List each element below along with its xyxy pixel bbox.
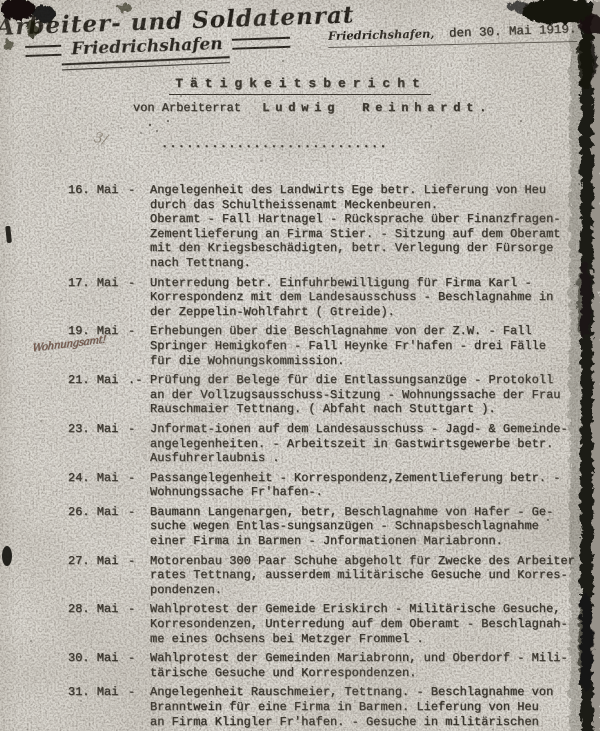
entry-text-line: pondenzen. [150,583,580,598]
entry-text-line: suche wegen Entlas-sungsanzügen - Schnap… [150,519,580,534]
document-text-layer: Arbeiter- und Soldatenrat Friedrichshafe… [0,0,600,731]
entry-text-line: Wahlprotest der Gemeinden Mariabronn, un… [150,651,580,666]
entry-text-line: Angelegenheit des Landwirts Ege betr. Li… [150,183,580,198]
entry-dash: - [128,183,150,271]
entry-dash: - [128,324,150,368]
entry-text: Passangelegenheit - Korrespondenz,Zement… [150,471,580,500]
report-entry: 27. Mai - Motorenbau 300 Paar Schuhe abg… [0,554,600,598]
entry-dash: - [128,685,150,729]
entry-text-line: Ausfuhrerlaubnis . [150,451,580,466]
dateline-date: den 30. Mai 1919. [449,22,577,40]
entry-date: 31. Mai [68,685,128,729]
entry-text-line: Korrespondenz mit dem Landesausschuss - … [150,290,580,305]
entry-text-line: Wahlprotest der Gemeide Eriskirch - Mili… [150,602,580,617]
report-entry: 26. Mai - Baumann Langenargen, betr, Bes… [0,505,600,549]
entry-text-line: Springer Hemigkofen - Fall Heynke Fr'haf… [150,339,580,354]
entry-date: 16. Mai [68,183,128,271]
letterhead: Arbeiter- und Soldatenrat Friedrichshafe… [0,1,356,71]
entry-text: Baumann Langenargen, betr, Beschlagnahme… [150,505,580,549]
byline: von Arbeiterrat Ludwig Reinhardt. [133,101,492,115]
entry-text-line: Baumann Langenargen, betr, Beschlagnahme… [150,505,580,520]
entry-date: 21. Mai [68,373,128,417]
entry-text-line: Angelegenheit Rauschmeier, Tettnang. - B… [150,685,580,700]
entry-text: Wahlprotest der Gemeide Eriskirch - Mili… [150,602,580,646]
title-row: Tätigkeitsbericht [0,74,600,95]
entries: 16. Mai - Angelegenheit des Landwirts Eg… [0,183,600,731]
entry-text-line: Wohnungssache Fr'hafen-. [150,485,580,500]
entry-text-line: an Firma Klingler Fr'hafen. - Gesuche in… [150,715,580,730]
entry-dash: - [128,505,150,549]
entry-text-line: Unterredung betr. Einfuhrbewilligung für… [150,276,580,291]
report-entry: 28. Mai - Wahlprotest der Gemeide Eriski… [0,602,600,646]
entry-text-line: Zementlieferung an Firma Stier. - Sitzun… [150,227,580,242]
scanned-document-page: Arbeiter- und Soldatenrat Friedrichshafe… [0,0,600,731]
entry-text-line: Oberamt - Fall Hartnagel - Rücksprache ü… [150,212,580,227]
entry-text-line: Erhebungen über die Beschlagnahme von de… [150,324,580,339]
dateline-place: Friedrichshafen, [328,26,435,43]
double-rule-left [25,44,61,56]
entry-date: 30. Mai [68,651,128,680]
entry-text-line: Prüfung der Belege für die Entlassungsan… [150,373,580,388]
entry-date: 26. Mai [68,505,128,549]
byline-author-name: Ludwig Reinhardt. [262,101,492,115]
report-entry: 24. Mai - Passangelegenheit - Korrespond… [0,471,600,500]
entry-text-line: mit den Kriegsbeschädigten, betr. Verleg… [150,241,580,256]
document-title: Tätigkeitsbericht [169,76,431,95]
entry-text-line: Branntwein für eine Firma in Barmen. Lie… [150,700,580,715]
entry-text-line: durch das Schultheissenamt Meckenbeuren. [150,198,580,213]
entry-text-line: für die Wohnungskommission. [150,354,580,369]
entry-dash: - [128,471,150,500]
entry-text-line: nach Tettnang. [150,256,580,271]
report-entry: 19. Mai - Erhebungen über die Beschlagna… [0,324,600,368]
byline-prefix: von Arbeiterrat [133,101,241,115]
letterhead-place: Friedrichshafen [71,34,223,59]
entry-text: Motorenbau 300 Paar Schuhe abgeholt für … [150,554,580,598]
entry-text: Unterredung betr. Einfuhrbewilligung für… [150,276,580,320]
entry-text-line: Korresondenzen, Unterredung auf dem Ober… [150,617,580,632]
entry-text-line: Jnformat-ionen auf dem Landesausschuss -… [150,422,580,437]
entry-date: 27. Mai [68,554,128,598]
entry-dash: - [128,422,150,466]
entry-date: 17. Mai [68,276,128,320]
report-entry: 31. Mai - Angelegenheit Rauschmeier, Tet… [0,685,600,729]
report-entry: 17. Mai - Unterredung betr. Einfuhrbewil… [0,276,600,320]
dotted-separator: ........................... [161,137,388,151]
entry-text-line: me eines Ochsens bei Metzger Frommel . [150,632,580,647]
entry-text: Erhebungen über die Beschlagnahme von de… [150,324,580,368]
entry-text-line: Motorenbau 300 Paar Schuhe abgeholt für … [150,554,580,569]
entry-dash: - [128,276,150,320]
entry-text-line: angelegenheiten. - Arbeitszeit in Gastwi… [150,437,580,452]
entry-text-line: der Zeppelin-Wohlfahrt ( Gtreide). [150,305,580,320]
entry-text: Jnformat-ionen auf dem Landesausschuss -… [150,422,580,466]
report-entry: 23. Mai - Jnformat-ionen auf dem Landesa… [0,422,600,466]
report-entry: 16. Mai - Angelegenheit des Landwirts Eg… [0,183,600,271]
report-entry: 21. Mai .- Prüfung der Belege für die En… [0,373,600,417]
entry-text-line: rates Tettnang, ausserdem militärische G… [150,568,580,583]
entry-text: Prüfung der Belege für die Entlassungsan… [150,373,580,417]
entry-dash: .- [128,373,150,417]
entry-text: Angelegenheit Rauschmeier, Tettnang. - B… [150,685,580,729]
entry-date: 28. Mai [68,602,128,646]
entry-text-line: tärische Gesuche und Korrespondenzen. [150,666,580,681]
entry-date: 24. Mai [68,471,128,500]
entry-text: Wahlprotest der Gemeinden Mariabronn, un… [150,651,580,680]
entry-date: 23. Mai [68,422,128,466]
pencil-mark: 3/ [92,130,109,148]
entry-dash: - [128,651,150,680]
report-entry: 30. Mai - Wahlprotest der Gemeinden Mari… [0,651,600,680]
entry-dash: - [128,554,150,598]
entry-text: Angelegenheit des Landwirts Ege betr. Li… [150,183,580,271]
entry-text-line: Rauschmaier Tettnang. ( Abfaht nach Stut… [150,402,580,417]
entry-dash: - [128,602,150,646]
entry-text-line: Passangelegenheit - Korrespondenz,Zement… [150,471,580,486]
double-rule-right [232,36,290,49]
entry-text-line: einer Firma in Barmen - Jnformationen Ma… [150,534,580,549]
dateline: Friedrichshafen, den 30. Mai 1919. [328,21,577,48]
entry-text-line: an der Vollzugsausschuss-Sitzung - Wohnu… [150,388,580,403]
